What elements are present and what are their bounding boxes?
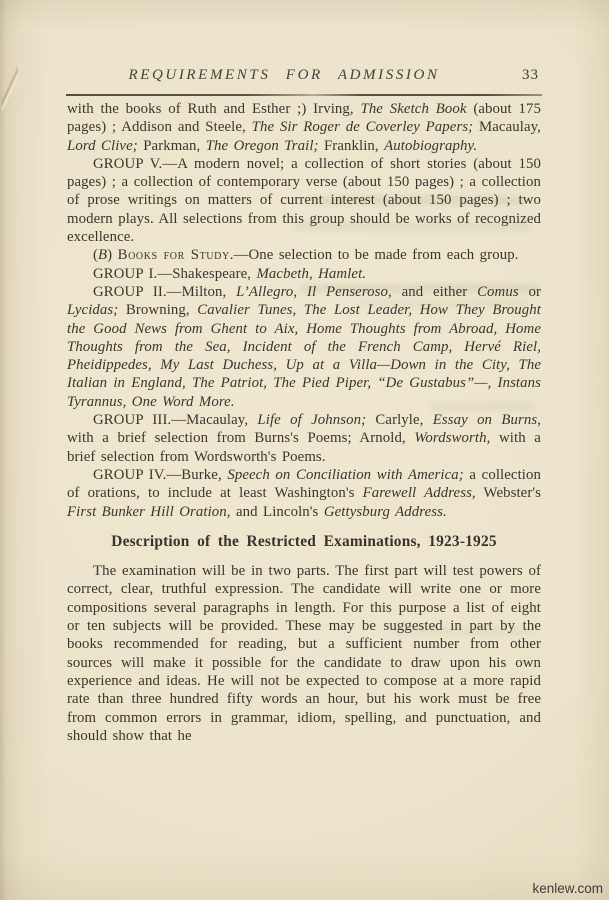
paragraph-books-for-study: (B) Books for Study.—One selection to be… <box>67 246 541 264</box>
paragraph-group-v: GROUP V.—A modern novel; a collection of… <box>67 155 541 246</box>
header-rule <box>66 94 542 96</box>
watermark: kenlew.com <box>532 881 603 896</box>
running-head: REQUIREMENTS FOR ADMISSION 33 <box>67 67 541 87</box>
paragraph-group-iii: GROUP III.—Macaulay, Life of Johnson; Ca… <box>67 411 541 466</box>
text-block: with the books of Ruth and Esther ;) Irv… <box>67 100 541 745</box>
running-head-title: REQUIREMENTS FOR ADMISSION <box>67 67 501 84</box>
page-crease <box>2 52 18 122</box>
paragraph-group-ii: GROUP II.—Milton, L’Allegro, Il Penseros… <box>67 283 541 411</box>
scanned-book-page: REQUIREMENTS FOR ADMISSION 33 with the b… <box>0 0 609 900</box>
paragraph-group-i: GROUP I.—Shakespeare, Macbeth, Hamlet. <box>67 265 541 283</box>
page-number: 33 <box>522 67 539 84</box>
paragraph-reading-continuation: with the books of Ruth and Esther ;) Irv… <box>67 100 541 155</box>
paragraph-exam-description: The examination will be in two parts. Th… <box>67 562 541 745</box>
section-heading: Description of the Restricted Examinatio… <box>67 533 541 551</box>
paragraph-group-iv: GROUP IV.—Burke, Speech on Conciliation … <box>67 466 541 521</box>
